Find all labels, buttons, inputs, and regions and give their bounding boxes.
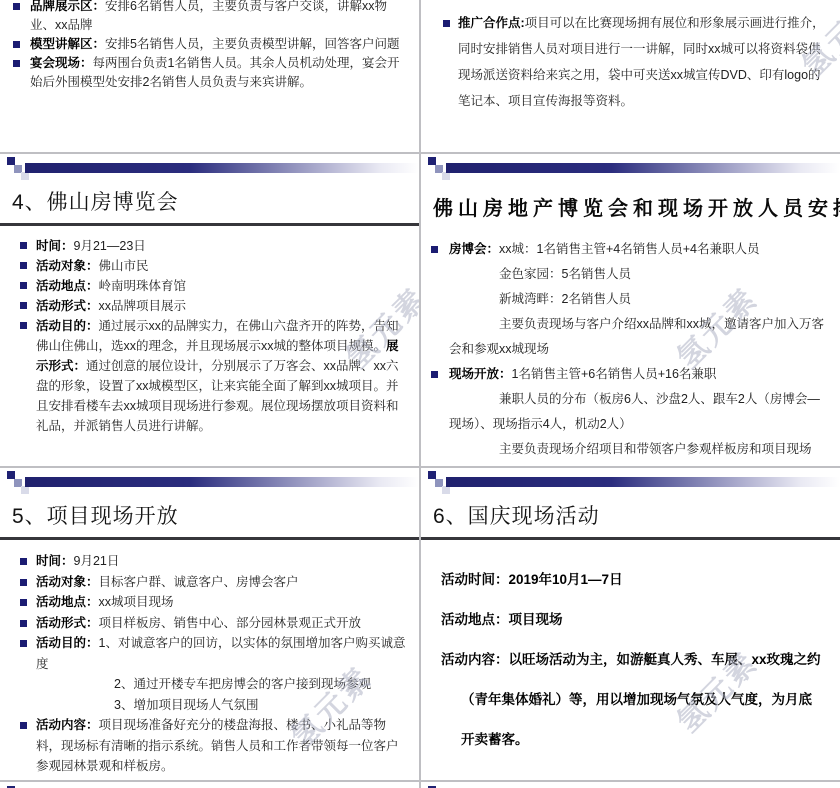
title-rule [0,537,419,540]
bullet-square-icon [20,282,27,289]
decor-square-light-icon [21,486,29,494]
label-text: 活动地点： [36,595,99,609]
bullet-square-icon [20,599,27,606]
body-text: 佛山市民 [99,259,149,273]
label-text: 模型讲解区： [30,37,105,51]
bullet-square-icon [13,60,20,67]
slide-body: 品牌展示区：安排6名销售人员，主要负责与客户交谈，讲解xx物业、xx品牌模型讲解… [0,0,419,92]
decor-gradient-bar [446,163,840,173]
text-line: 活动地点：项目现场 [421,600,824,640]
bullet-square-icon [20,242,27,249]
bullet-square-icon [20,579,27,586]
label-text: 活动形式： [36,616,99,630]
title-rule [421,537,840,540]
label-text: 活动地点： [36,279,99,293]
slide-body: 推广合作点:项目可以在比赛现场拥有展位和形象展示画进行推介，同时安排销售人员对项… [421,0,840,114]
decor-gradient-bar [446,477,840,487]
body-text: 9月21—23日 [74,239,146,253]
next-slide-peek [421,782,840,788]
decor-square-light-icon [21,172,29,180]
bullet-square-icon [13,3,20,10]
body-text: 金色家园：5名销售人员 [499,267,631,281]
label-text: 推广合作点: [458,16,525,30]
bullet-square-icon [431,246,438,253]
text-line: 推广合作点:项目可以在比赛现场拥有展位和形象展示画进行推介，同时安排销售人员对项… [421,10,826,114]
body-text: 岭南明珠体育馆 [99,279,187,293]
slide-body: 活动时间：2019年10月1—7日活动地点：项目现场活动内容：以旺场活动为主，如… [421,560,840,760]
title-rule [0,223,419,226]
slide-title: 4、佛山房博览会 [12,186,405,216]
text-line: 时间：9月21日 [0,551,407,572]
slide-title: 佛山房地产博览会和现场开放人员安排 [433,192,826,221]
label-text: 房博会： [449,242,499,256]
body-text: 通过创意的展位设计，分别展示了万客会、xx品牌、xx六盘的形象，设置了xx城模型… [36,359,399,433]
slide-project-site-opening: 5、项目现场开放 时间：9月21日活动对象：目标客户群、诚意客户、房博会客户活动… [0,468,419,780]
text-line: 主要负责现场与客户介绍xx品牌和xx城，邀请客户加入万客会和参观xx城现场 [421,312,830,362]
slide-promotion-cooperation-partial: 推广合作点:项目可以在比赛现场拥有展位和形象展示画进行推介，同时安排销售人员对项… [421,0,840,152]
body-text: xx城：1名销售主管+4名销售人员+4名兼职人员 [499,242,759,256]
bullet-square-icon [20,558,27,565]
decor-square-dark-icon [7,157,15,165]
label-text: 时间： [36,554,74,568]
body-text: xx城项目现场 [99,595,174,609]
bullet-square-icon [13,41,20,48]
text-line: 宴会现场：每两围台负责1名销售人员。其余人员机动处理，宴会开始后外围模型处安排2… [0,54,407,92]
body-text: 3、增加项目现场人气氛围 [114,698,258,712]
decor-gradient-bar [25,477,419,487]
body-text: xx品牌项目展示 [99,299,187,313]
body-text: 9月21日 [74,554,120,568]
ppt-preview-grid: 品牌展示区：安排6名销售人员，主要负责与客户交谈，讲解xx物业、xx品牌模型讲解… [0,0,840,788]
decor-square-dark-icon [7,471,15,479]
body-text: 主要负责现场与客户介绍xx品牌和xx城，邀请客户加入万客会和参观xx城现场 [449,317,824,356]
bullet-square-icon [20,302,27,309]
text-line: 房博会：xx城：1名销售主管+4名销售人员+4名兼职人员 [421,237,830,262]
label-text: 活动内容：以旺场活动为主，如游艇真人秀、车展、xx玫瑰之约（青年集体婚礼）等，用… [441,652,821,747]
text-line: 活动时间：2019年10月1—7日 [421,560,824,600]
bullet-square-icon [443,20,450,27]
bullet-square-icon [20,322,27,329]
decor-square-light-icon [442,172,450,180]
body-text: 项目样板房、销售中心、部分园林景观正式开放 [99,616,362,630]
text-line: 品牌展示区：安排6名销售人员，主要负责与客户交谈，讲解xx物业、xx品牌 [0,0,407,35]
label-text: 活动形式： [36,299,99,313]
body-text: 1名销售主管+6名销售人员+16名兼职 [512,367,717,381]
slide-header-decor [421,468,840,498]
slide-expo-open-site-staffing: 佛山房地产博览会和现场开放人员安排 房博会：xx城：1名销售主管+4名销售人员+… [421,154,840,466]
slide-header-decor [0,468,419,498]
body-text: 安排5名销售人员，主要负责模型讲解，回答客户问题 [105,37,399,51]
text-line: 活动内容：以旺场活动为主，如游艇真人秀、车展、xx玫瑰之约（青年集体婚礼）等，用… [421,640,824,760]
text-line: 活动地点：xx城项目现场 [0,592,407,613]
label-text: 活动对象： [36,259,99,273]
text-line: 新城湾畔：2名销售人员 [421,287,830,312]
slide-national-day-events: 6、国庆现场活动 活动时间：2019年10月1—7日活动地点：项目现场活动内容：… [421,468,840,780]
bullet-square-icon [20,620,27,627]
slide-title: 6、国庆现场活动 [433,500,826,530]
text-line: 活动目的：1、对诚意客户的回访，以实体的氛围增加客户购买诚意度 [0,633,407,674]
text-line: 模型讲解区：安排5名销售人员，主要负责模型讲解，回答客户问题 [0,35,407,54]
slide-body: 时间：9月21—23日活动对象：佛山市民活动地点：岭南明珠体育馆活动形式：xx品… [0,236,419,436]
bullet-square-icon [20,722,27,729]
body-text: 主要负责现场介绍项目和带领客户参观样板房和项目现场 [499,442,812,456]
text-line: 兼职人员的分布（板房6人、沙盘2人、跟车2人（房博会—现场）、现场指示4人，机动… [421,387,830,437]
body-text: 2、通过开楼专车把房博会的客户接到现场参观 [114,677,371,691]
text-line: 活动地点：岭南明珠体育馆 [0,276,407,296]
bullet-square-icon [431,371,438,378]
slide-banquet-staff-partial: 品牌展示区：安排6名销售人员，主要负责与客户交谈，讲解xx物业、xx品牌模型讲解… [0,0,419,152]
slide-header-decor [421,154,840,184]
text-line: 3、增加项目现场人气氛围 [78,695,407,716]
slide-foshan-housing-expo: 4、佛山房博览会 时间：9月21—23日活动对象：佛山市民活动地点：岭南明珠体育… [0,154,419,466]
slide-body: 时间：9月21日活动对象：目标客户群、诚意客户、房博会客户活动地点：xx城项目现… [0,551,419,777]
text-line: 金色家园：5名销售人员 [421,262,830,287]
body-text: 兼职人员的分布（板房6人、沙盘2人、跟车2人（房博会—现场）、现场指示4人，机动… [449,392,820,431]
decor-square-light-icon [442,486,450,494]
label-text: 活动内容： [36,718,99,732]
text-line: 2、通过开楼专车把房博会的客户接到现场参观 [78,674,407,695]
slide-body: 房博会：xx城：1名销售主管+4名销售人员+4名兼职人员金色家园：5名销售人员新… [421,237,840,462]
label-text: 活动对象： [36,575,99,589]
body-text: 新城湾畔：2名销售人员 [499,292,631,306]
slide-header-decor [0,154,419,184]
text-line: 活动目的：通过展示xx的品牌实力，在佛山六盘齐开的阵势，告知佛山住佛山，选xx的… [0,316,407,436]
text-line: 时间：9月21—23日 [0,236,407,256]
bullet-square-icon [20,262,27,269]
bullet-square-icon [20,640,27,647]
label-text: 活动目的： [36,319,99,333]
label-text: 现场开放： [449,367,512,381]
label-text: 活动时间：2019年10月1—7日 [441,572,623,587]
label-text: 活动地点：项目现场 [441,612,563,627]
decor-square-dark-icon [428,157,436,165]
label-text: 宴会现场： [30,56,93,70]
label-text: 品牌展示区： [30,0,105,13]
text-line: 活动形式：xx品牌项目展示 [0,296,407,316]
body-text: 目标客户群、诚意客户、房博会客户 [99,575,299,589]
text-line: 活动形式：项目样板房、销售中心、部分园林景观正式开放 [0,613,407,634]
text-line: 活动对象：佛山市民 [0,256,407,276]
label-text: 活动目的： [36,636,99,650]
label-text: 时间： [36,239,74,253]
decor-gradient-bar [25,163,419,173]
text-line: 活动内容：项目现场准备好充分的楼盘海报、楼书、小礼品等物料，现场标有清晰的指示系… [0,715,407,777]
slide-title: 5、项目现场开放 [12,500,405,530]
next-slide-peek [0,782,419,788]
text-line: 活动对象：目标客户群、诚意客户、房博会客户 [0,572,407,593]
decor-square-dark-icon [428,471,436,479]
text-line: 现场开放：1名销售主管+6名销售人员+16名兼职 [421,362,830,387]
text-line: 主要负责现场介绍项目和带领客户参观样板房和项目现场 [421,437,830,462]
